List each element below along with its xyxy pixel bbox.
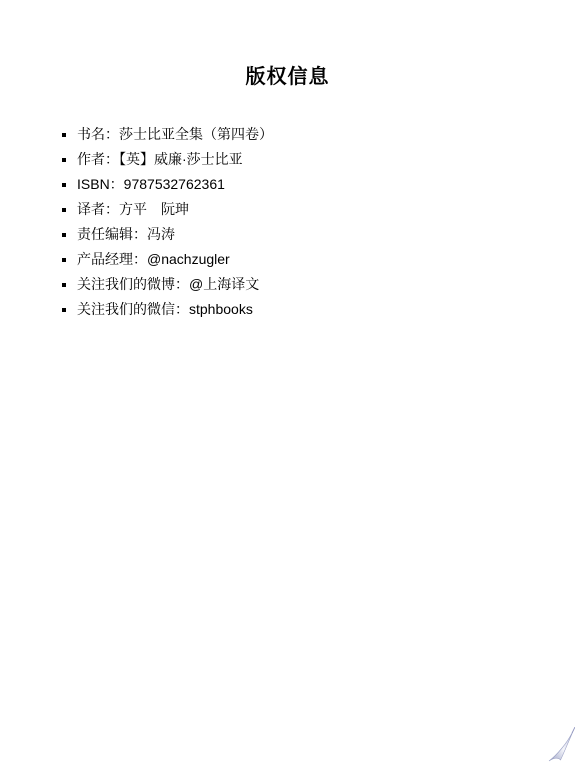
square-bullet-icon <box>62 158 66 162</box>
copyright-page: 版权信息 书名：莎士比亚全集（第四卷） 作者：【英】威廉·莎士比亚 ISBN：9… <box>0 0 575 767</box>
square-bullet-icon <box>62 133 66 137</box>
isbn-line: ISBN：9787532762361 <box>77 172 225 197</box>
page-title: 版权信息 <box>0 0 575 90</box>
list-item: 产品经理：@nachzugler <box>62 247 273 272</box>
author-line: 作者：【英】威廉·莎士比亚 <box>77 147 243 172</box>
editor-line: 责任编辑：冯涛 <box>77 222 175 247</box>
book-title-line: 书名：莎士比亚全集（第四卷） <box>77 122 273 147</box>
list-item: 作者：【英】威廉·莎士比亚 <box>62 147 273 172</box>
list-item: 责任编辑：冯涛 <box>62 222 273 247</box>
product-manager-line: 产品经理：@nachzugler <box>77 247 230 272</box>
copyright-info-list: 书名：莎士比亚全集（第四卷） 作者：【英】威廉·莎士比亚 ISBN：978753… <box>62 122 273 322</box>
list-item: 关注我们的微博：@上海译文 <box>62 272 273 297</box>
square-bullet-icon <box>62 233 66 237</box>
square-bullet-icon <box>62 183 66 187</box>
square-bullet-icon <box>62 283 66 287</box>
square-bullet-icon <box>62 308 66 312</box>
page-curl-icon <box>545 727 575 767</box>
translator-line: 译者：方平 阮珅 <box>77 197 189 222</box>
square-bullet-icon <box>62 258 66 262</box>
list-item: 关注我们的微信：stphbooks <box>62 297 273 322</box>
wechat-line: 关注我们的微信：stphbooks <box>77 297 253 322</box>
list-item: ISBN：9787532762361 <box>62 172 273 197</box>
square-bullet-icon <box>62 208 66 212</box>
list-item: 译者：方平 阮珅 <box>62 197 273 222</box>
weibo-line: 关注我们的微博：@上海译文 <box>77 272 259 297</box>
list-item: 书名：莎士比亚全集（第四卷） <box>62 122 273 147</box>
